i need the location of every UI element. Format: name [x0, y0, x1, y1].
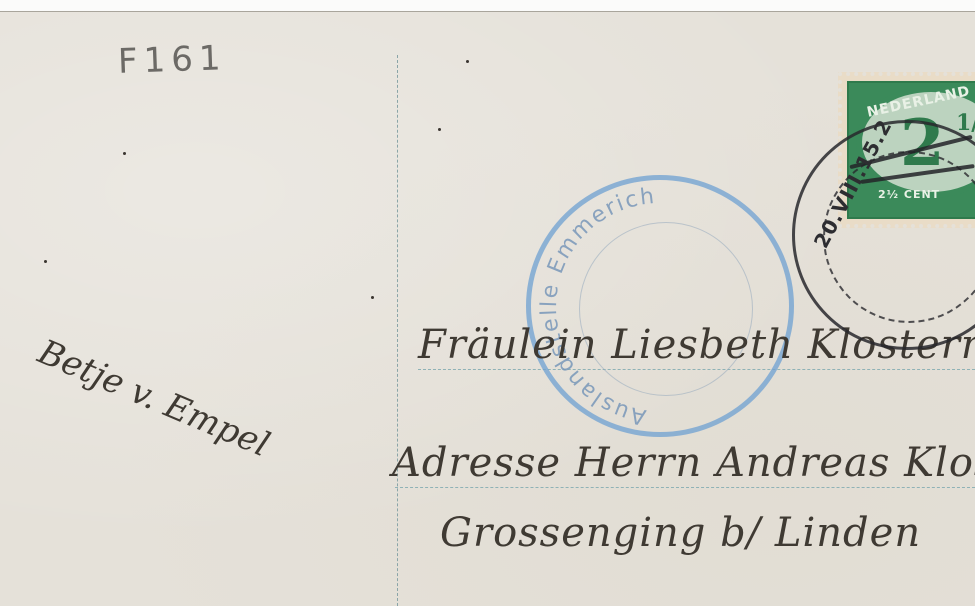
svg-text:Auslandstelle Emmerich: Auslandstelle Emmerich — [537, 184, 657, 429]
paper-speck — [44, 260, 47, 263]
paper-speck — [466, 60, 469, 63]
address-line-2 — [395, 487, 975, 488]
censor-stamp: Auslandstelle Emmerich — [526, 175, 794, 437]
address-line-3-text: Grossenging b/ Linden — [440, 510, 921, 556]
censor-stamp-text-ring: Auslandstelle Emmerich — [526, 175, 794, 437]
postcard-divider-line — [397, 55, 398, 606]
scan-margin — [0, 0, 975, 11]
paper-speck — [371, 296, 374, 299]
paper-speck — [438, 128, 441, 131]
address-line-2-text: Adresse Herrn Andreas Kloster — [392, 440, 975, 486]
paper-speck — [123, 152, 126, 155]
pencil-catalog-note: F161 — [117, 38, 227, 82]
